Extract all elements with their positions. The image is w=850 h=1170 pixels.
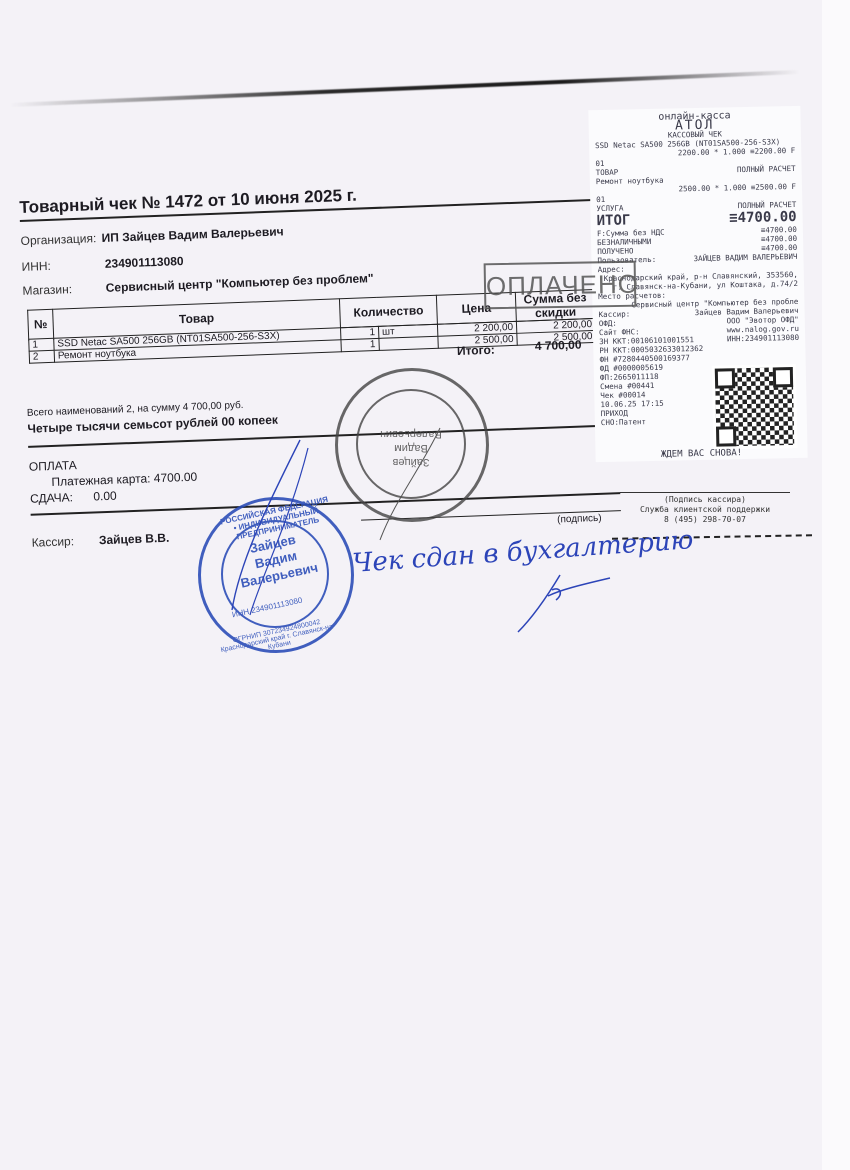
signature-strokes [0, 0, 850, 1170]
